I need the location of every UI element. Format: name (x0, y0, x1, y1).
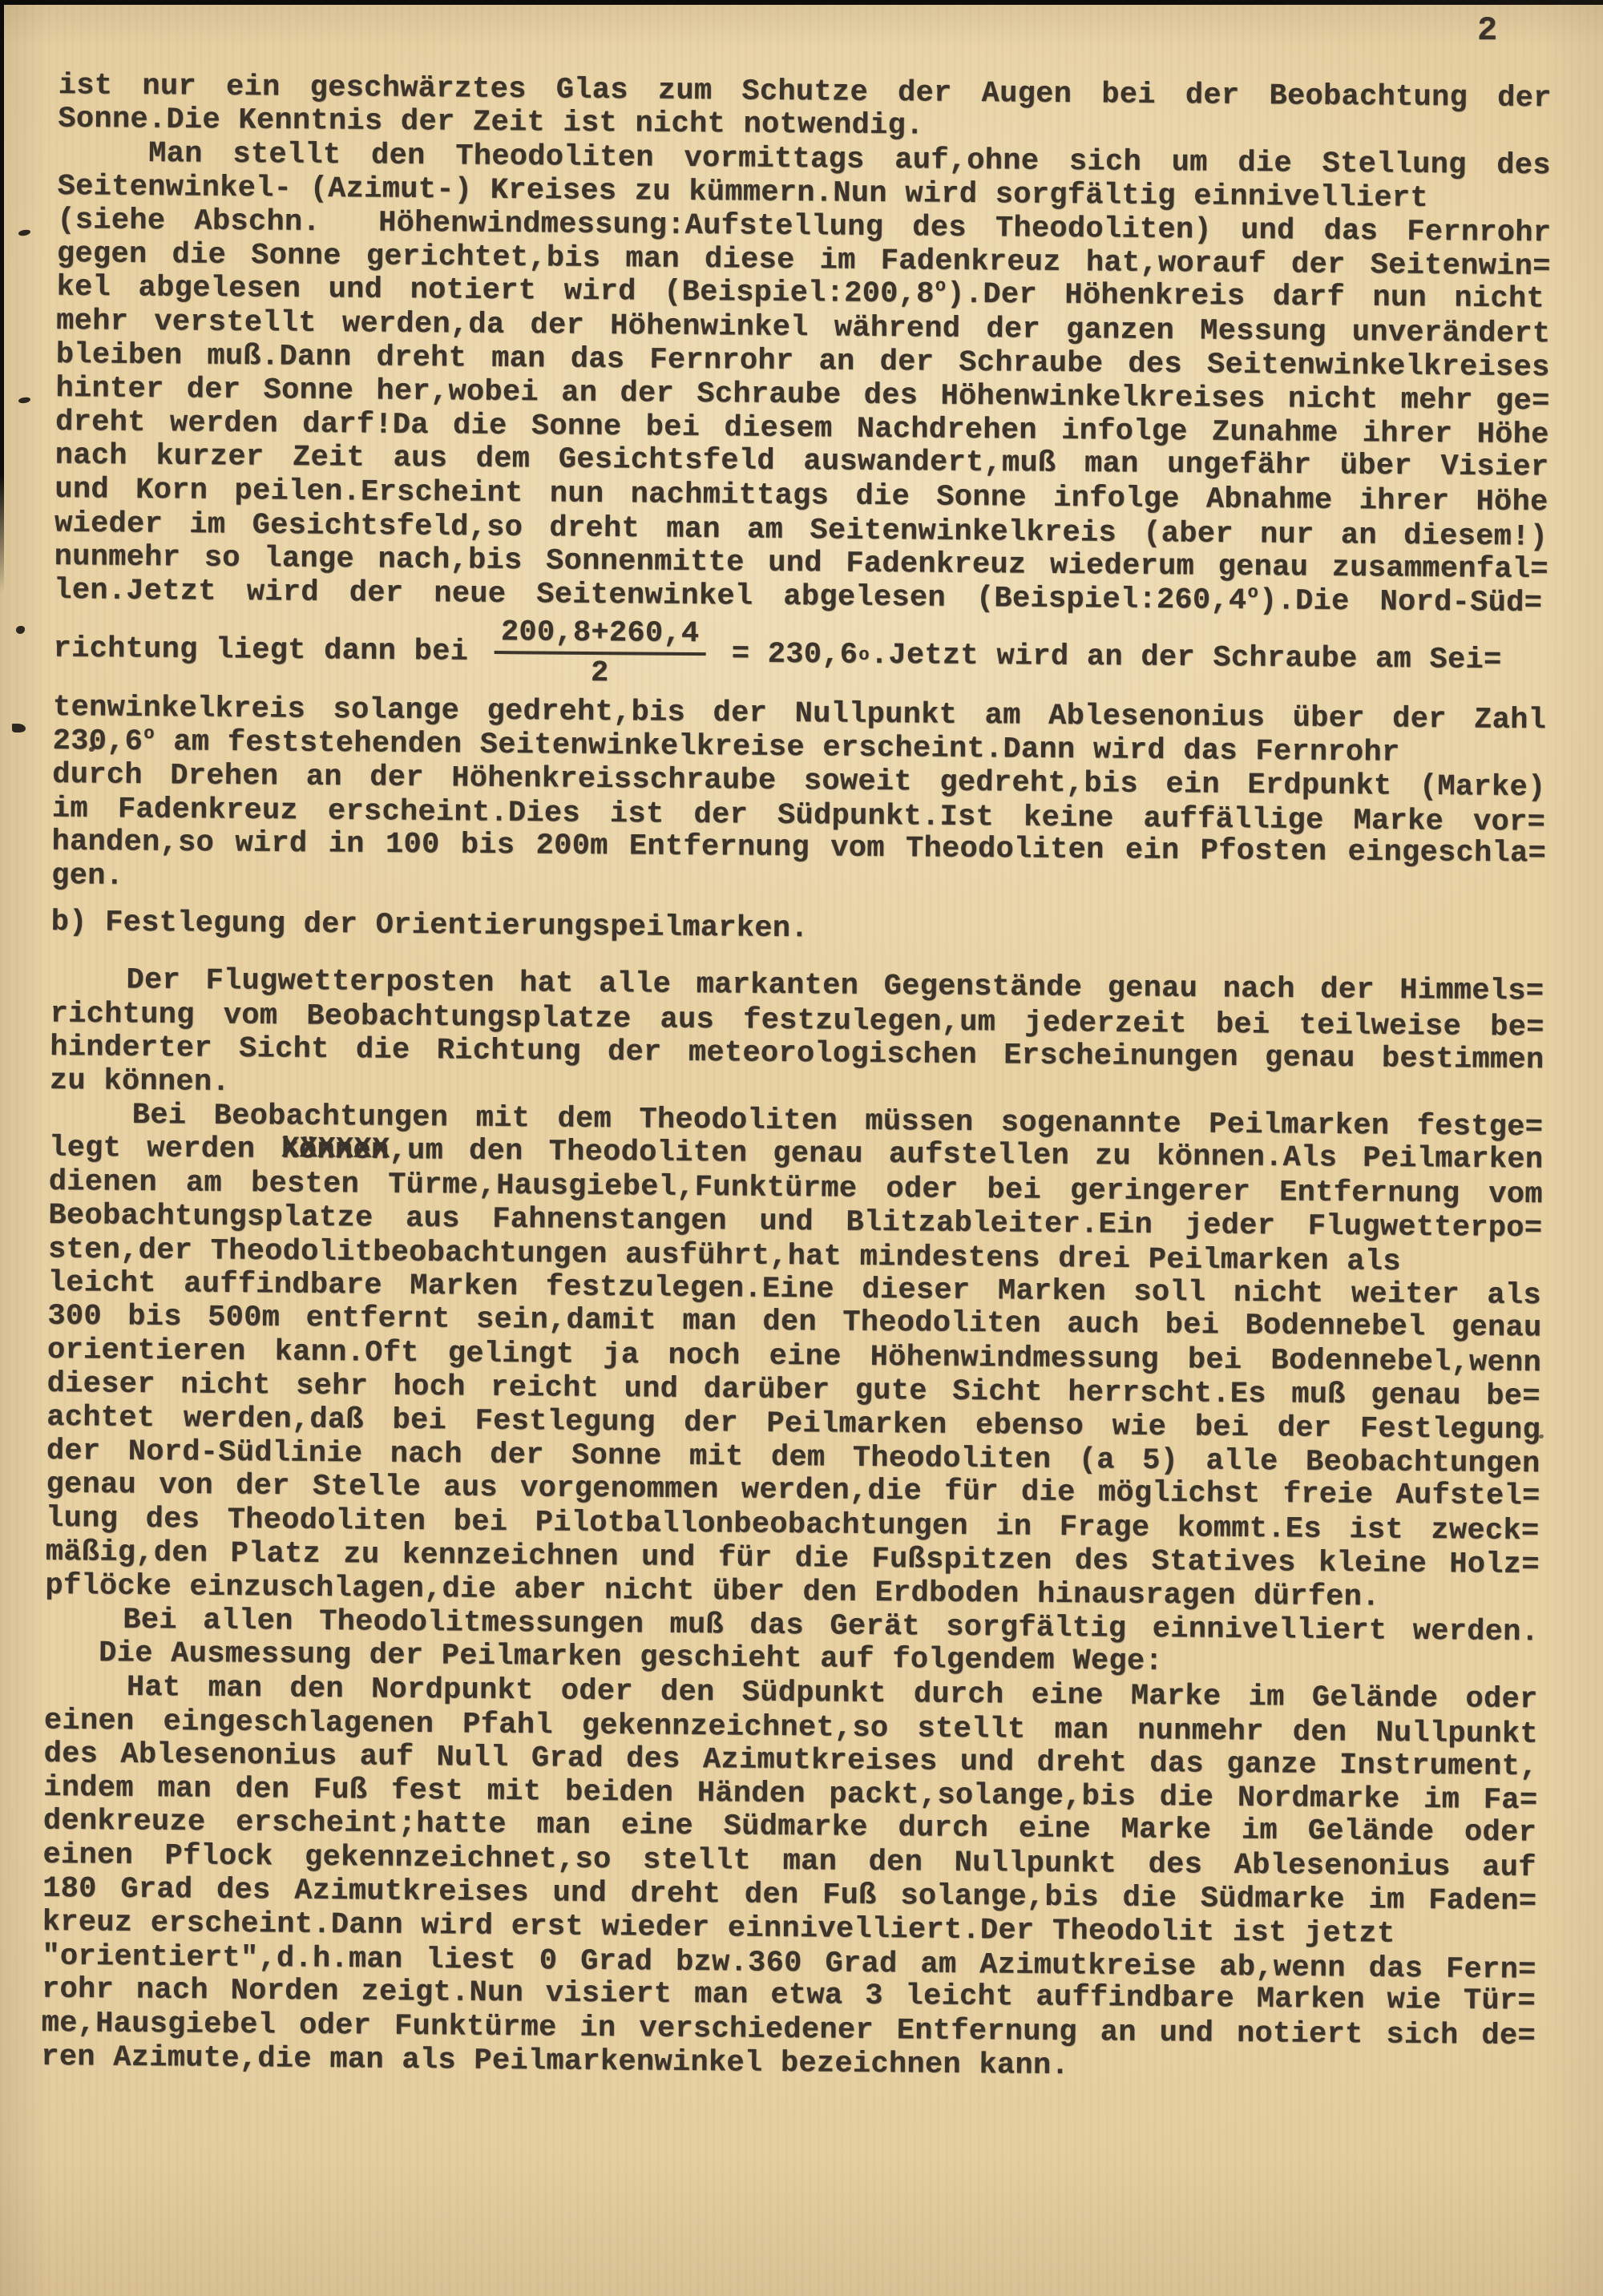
document-text: ist nur ein geschwärztes Glas zum Schutz… (41, 69, 1565, 2087)
fraction: 200,8+260,42 (494, 617, 705, 690)
ink-speck (12, 724, 26, 732)
page-number: 2 (1477, 11, 1497, 50)
formula-line: richtung liegt dann bei 200,8+260,42 = 2… (53, 607, 1561, 703)
scan-page: { "page": { "number": "2", "paper_color"… (0, 0, 1603, 2296)
ink-speck (16, 626, 25, 634)
degree-sign: o (1247, 583, 1258, 603)
degree-sign: o (143, 724, 155, 744)
fraction-denominator: 2 (591, 655, 609, 689)
fraction-numerator: 200,8+260,4 (495, 617, 706, 656)
ink-speck (18, 397, 31, 404)
scan-edge-left (0, 0, 4, 593)
degree-sign: o (935, 276, 947, 297)
scan-edge-top (0, 0, 1603, 5)
overstruck-word: können (281, 1133, 389, 1168)
ink-speck (18, 229, 31, 236)
